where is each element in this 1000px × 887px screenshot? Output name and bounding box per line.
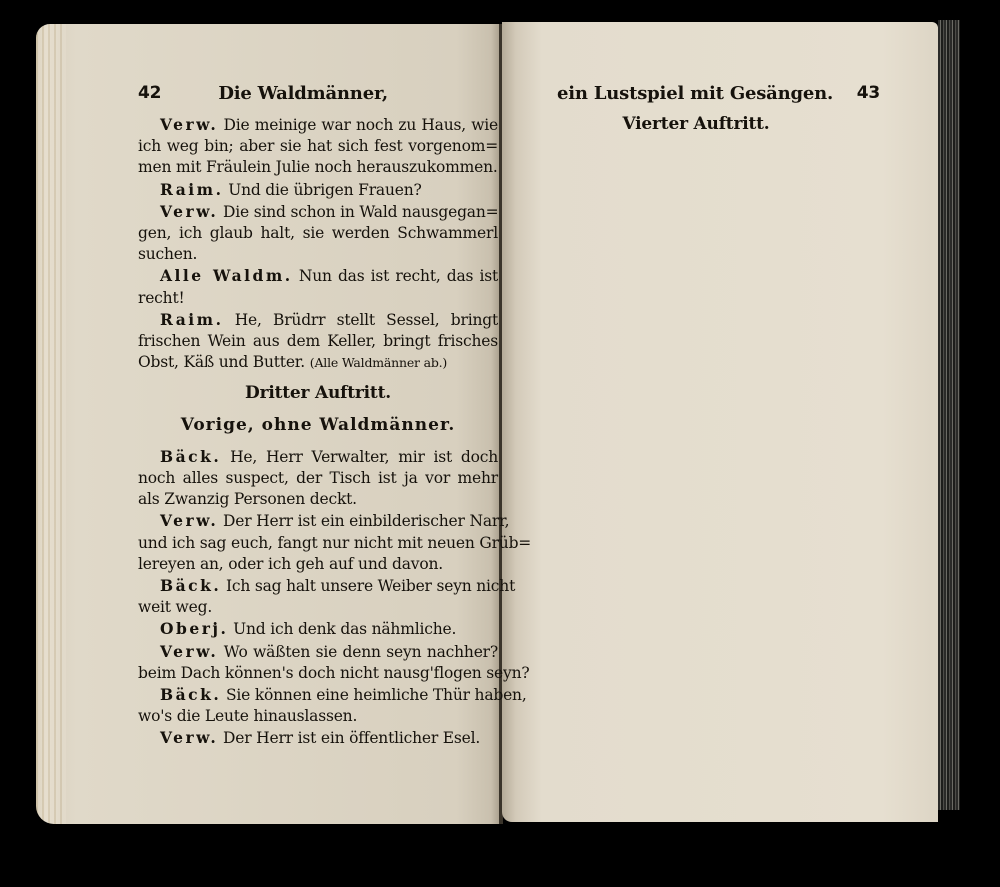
page-edges (938, 20, 960, 810)
text-line: und ich sag euch, fangt nur nicht mit ne… (138, 533, 498, 554)
speaker-name: Verw. (160, 728, 218, 747)
page-number: 43 (857, 83, 880, 104)
text-line: lereyen an, oder ich geh auf und davon. (138, 554, 498, 575)
text-line: wo's die Leute hinauslassen. (138, 706, 498, 727)
line-text: recht! (138, 289, 185, 307)
left-running-header: 42 Die Waldmänner, (138, 74, 498, 114)
line-text: Wo wäßten sie denn seyn nachher? (224, 643, 498, 661)
text-line: Alle Waldm. Nun das ist recht, das ist (138, 265, 498, 287)
stage-direction: (Alle Waldmänner ab.) (310, 355, 447, 370)
line-text: Und die übrigen Frauen? (228, 181, 421, 199)
text-line: beim Dach können's doch nicht nausg'flog… (138, 663, 498, 684)
text-line: men mit Fräulein Julie noch herauszukomm… (138, 157, 498, 178)
text-line: Raim. Und die übrigen Frauen? (138, 179, 498, 201)
scene-heading: Vierter Auftritt. (512, 114, 880, 135)
line-text: Der Herr ist ein öffentlicher Esel. (223, 729, 480, 747)
line-text: Ich sag halt unsere Weiber seyn nicht (226, 577, 515, 595)
line-text: suchen. (138, 245, 197, 263)
line-text: Die meinige war noch zu Haus, wie (224, 116, 498, 134)
scene-persons: Vorige, ohne Waldmänner. (138, 415, 498, 436)
line-text: und ich sag euch, fangt nur nicht mit ne… (138, 534, 531, 552)
text-line: frischen Wein aus dem Keller, bringt fri… (138, 331, 498, 352)
line-text: Sie können eine heimliche Thür haben, (226, 686, 527, 704)
line-text: lereyen an, oder ich geh auf und davon. (138, 555, 443, 573)
speaker-name: Bäck. (160, 576, 221, 595)
line-text: noch alles suspect, der Tisch ist ja vor… (138, 469, 498, 487)
text-line: ich weg bin; aber sie hat sich fest vorg… (138, 136, 498, 157)
text-line: Obst, Käß und Butter. (Alle Waldmänner a… (138, 352, 498, 373)
scene-heading: Dritter Auftritt. (138, 383, 498, 404)
speaker-name: Bäck. (160, 447, 221, 466)
line-text: Obst, Käß und Butter. (138, 353, 305, 371)
text-line: Oberj. Und ich denk das nähmliche. (138, 618, 498, 640)
text-line: Verw. Die sind schon in Wald nausgegan= (138, 201, 498, 223)
running-head: Die Waldmänner, (218, 83, 388, 104)
dialogue-block: Verw. Die meinige war noch zu Haus, wiei… (138, 114, 498, 373)
line-text: beim Dach können's doch nicht nausg'flog… (138, 664, 529, 682)
text-line: Raim. He, Brüdrr stellt Sessel, bringt (138, 309, 498, 331)
dialogue-block: Bäck. He, Herr Verwalter, mir ist dochno… (138, 446, 498, 750)
text-line: Verw. Wo wäßten sie denn seyn nachher? (138, 641, 498, 663)
line-text: Und ich denk das nähmliche. (233, 620, 456, 638)
text-line: als Zwanzig Personen deckt. (138, 489, 498, 510)
running-head: ein Lustspiel mit Gesängen. (557, 83, 833, 104)
speaker-name: Raim. (160, 180, 223, 199)
right-running-header: ein Lustspiel mit Gesängen. 43 (512, 74, 880, 114)
text-line: Verw. Die meinige war noch zu Haus, wie (138, 114, 498, 136)
speaker-name: Verw. (160, 115, 218, 134)
page-number: 42 (138, 83, 161, 104)
text-line: Verw. Der Herr ist ein öffentlicher Esel… (138, 727, 498, 749)
line-text: frischen Wein aus dem Keller, bringt fri… (138, 332, 498, 350)
speaker-name: Verw. (160, 642, 218, 661)
line-text: als Zwanzig Personen deckt. (138, 490, 357, 508)
speaker-name: Bäck. (160, 685, 221, 704)
left-page-text: 42 Die Waldmänner, Verw. Die meinige war… (138, 74, 498, 750)
speaker-name: Verw. (160, 511, 218, 530)
text-line: suchen. (138, 244, 498, 265)
text-line: noch alles suspect, der Tisch ist ja vor… (138, 468, 498, 489)
line-text: gen, ich glaub halt, sie werden Schwamme… (138, 224, 498, 242)
speaker-name: Raim. (160, 310, 223, 329)
line-text: Der Herr ist ein einbilderischer Narr, (223, 512, 509, 530)
line-text: wo's die Leute hinauslassen. (138, 707, 357, 725)
line-text: Die sind schon in Wald nausgegan= (223, 203, 498, 221)
line-text: He, Herr Verwalter, mir ist doch (230, 448, 498, 466)
text-line: Verw. Der Herr ist ein einbilderischer N… (138, 510, 498, 532)
text-line: weit weg. (138, 597, 498, 618)
line-text: ich weg bin; aber sie hat sich fest vorg… (138, 137, 498, 155)
open-book: 42 Die Waldmänner, Verw. Die meinige war… (0, 0, 1000, 887)
speaker-name: Alle Waldm. (160, 266, 293, 285)
line-text: weit weg. (138, 598, 212, 616)
text-line: recht! (138, 288, 498, 309)
right-page-text: ein Lustspiel mit Gesängen. 43 Vierter A… (512, 74, 880, 161)
speaker-name: Verw. (160, 202, 218, 221)
text-line: Bäck. Sie können eine heimliche Thür hab… (138, 684, 498, 706)
line-text: Nun das ist recht, das ist (299, 267, 498, 285)
text-line: gen, ich glaub halt, sie werden Schwamme… (138, 223, 498, 244)
text-line: Bäck. Ich sag halt unsere Weiber seyn ni… (138, 575, 498, 597)
text-line: Bäck. He, Herr Verwalter, mir ist doch (138, 446, 498, 468)
line-text: men mit Fräulein Julie noch herauszukomm… (138, 158, 498, 176)
speaker-name: Oberj. (160, 619, 228, 638)
line-text: He, Brüdrr stellt Sessel, bringt (235, 311, 498, 329)
